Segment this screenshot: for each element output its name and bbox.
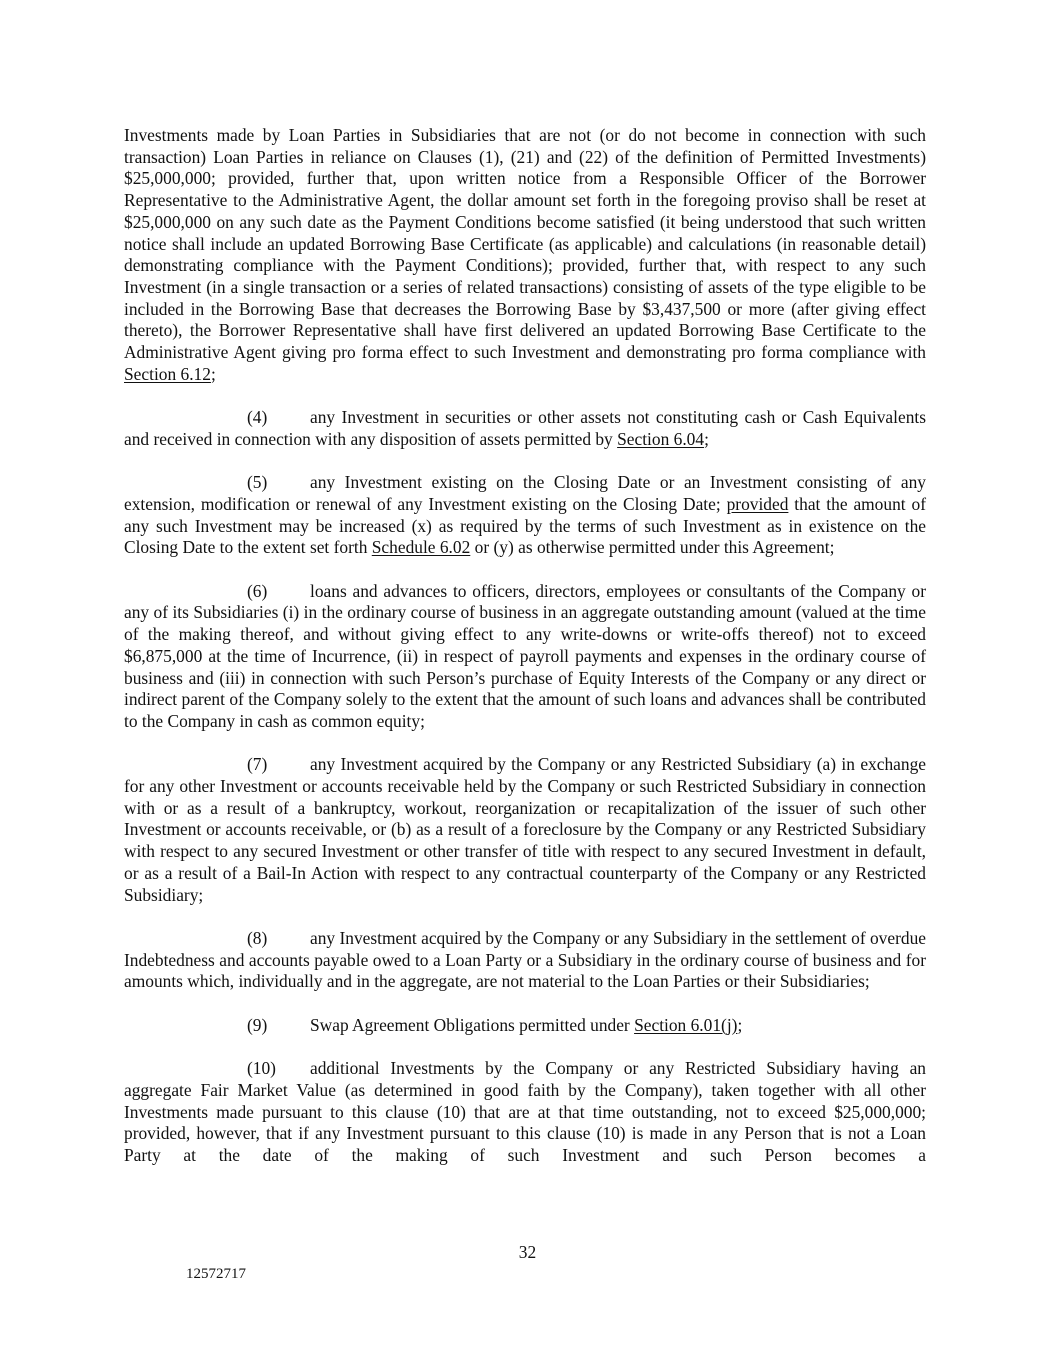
- clause-number: (4): [247, 407, 310, 429]
- clause-text: loans and advances to officers, director…: [124, 581, 926, 731]
- page-number: 32: [0, 1242, 1055, 1263]
- clause-number: (5): [247, 472, 310, 494]
- clause-number: (10): [247, 1058, 310, 1080]
- clause-5: (5)any Investment existing on the Closin…: [124, 472, 926, 559]
- clause-4: (4)any Investment in securities or other…: [124, 407, 926, 450]
- intro-text: Investments made by Loan Parties in Subs…: [124, 125, 926, 362]
- clause-text-end: or (y) as otherwise permitted under this…: [470, 537, 834, 557]
- clause-text: any Investment in securities or other as…: [124, 407, 926, 449]
- section-6-01j-link[interactable]: Section 6.01(j): [634, 1015, 737, 1035]
- clause-9: (9)Swap Agreement Obligations permitted …: [124, 1015, 926, 1037]
- clause-number: (7): [247, 754, 310, 776]
- section-6-12-link[interactable]: Section 6.12: [124, 364, 211, 384]
- schedule-6-02-link[interactable]: Schedule 6.02: [372, 537, 471, 557]
- section-6-04-link[interactable]: Section 6.04: [617, 429, 704, 449]
- clause-6: (6)loans and advances to officers, direc…: [124, 581, 926, 733]
- clause-punct: ;: [737, 1015, 742, 1035]
- provided-term: provided: [727, 494, 789, 514]
- clause-number: (9): [247, 1015, 310, 1037]
- clause-text: any Investment acquired by the Company o…: [124, 928, 926, 991]
- clause-text: Swap Agreement Obligations permitted und…: [310, 1015, 634, 1035]
- clause-number: (6): [247, 581, 310, 603]
- intro-paragraph: Investments made by Loan Parties in Subs…: [124, 125, 926, 385]
- intro-punct: ;: [211, 364, 216, 384]
- clause-punct: ;: [704, 429, 709, 449]
- document-body: Investments made by Loan Parties in Subs…: [124, 125, 926, 1167]
- document-id: 12572717: [186, 1266, 246, 1283]
- clause-7: (7)any Investment acquired by the Compan…: [124, 754, 926, 906]
- clause-number: (8): [247, 928, 310, 950]
- clause-text: any Investment acquired by the Company o…: [124, 754, 926, 904]
- clause-8: (8)any Investment acquired by the Compan…: [124, 928, 926, 993]
- clause-text: additional Investments by the Company or…: [124, 1058, 926, 1165]
- clause-10: (10)additional Investments by the Compan…: [124, 1058, 926, 1167]
